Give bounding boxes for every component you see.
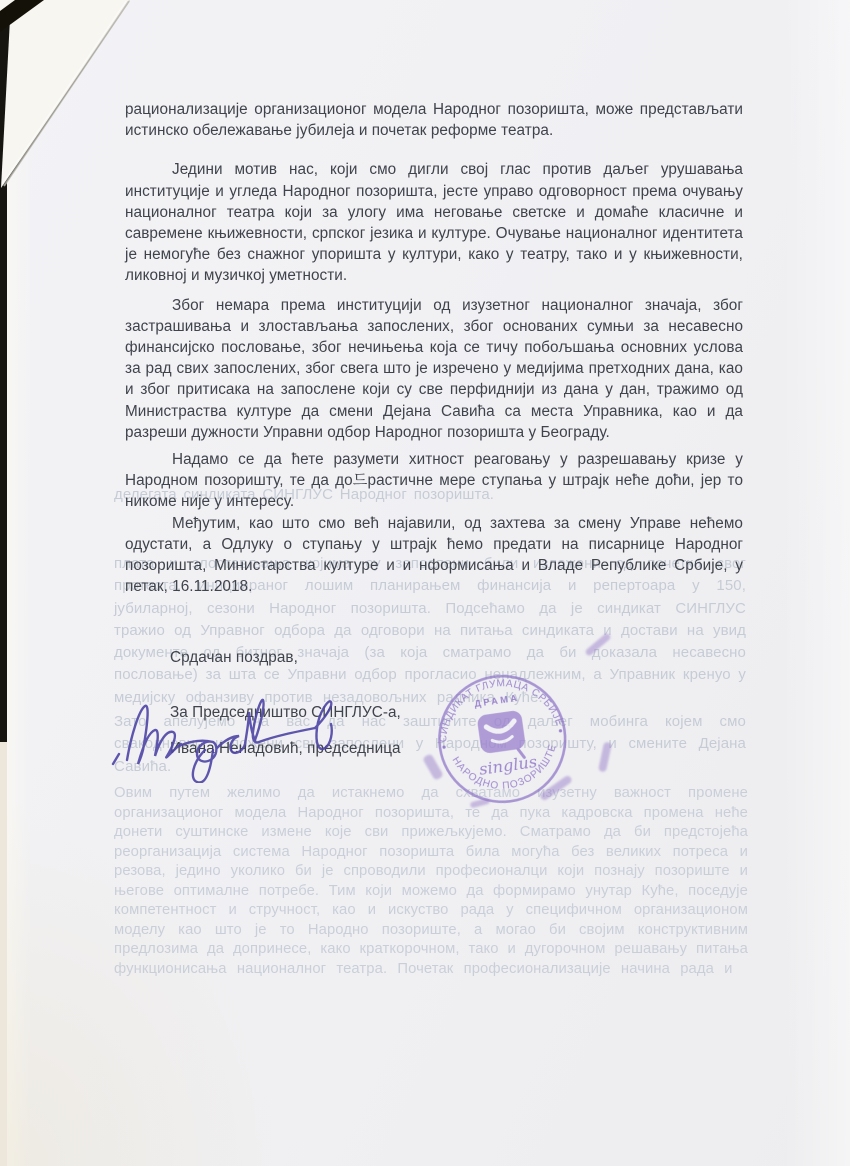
ghost-line: резова, једино уколико би је спроводили … (114, 862, 748, 882)
ghost-line: компетентност и стручност, као и искуств… (114, 901, 748, 921)
ghost-line: реорганизација система Народног позоришт… (114, 843, 748, 863)
paragraph: Једини мотив нас, који смо дигли свој гл… (125, 159, 743, 286)
letter-paragraphs: рационализације организационог модела На… (125, 99, 743, 597)
ghost-line: његове оптималне потребе. Тим који можем… (114, 882, 748, 902)
ghost-line: донети суштинске измене које сви прижељк… (114, 823, 748, 843)
ghost-text-block-3: Овим путем желимо да истакнемо да схвата… (114, 784, 748, 979)
stamp-left-dot (442, 745, 446, 749)
salutation: Срдачан поздрав, (125, 647, 743, 668)
letter-body: рационализације организационог модела На… (125, 99, 743, 759)
stamp-right-dot (559, 729, 563, 733)
handwritten-signature (105, 688, 375, 783)
paragraph: рационализације организационог модела На… (125, 99, 743, 141)
ghost-line: моделу као што је то Народно позориште, … (114, 921, 748, 941)
paragraph: Међутим, као што смо већ најавили, од за… (125, 513, 743, 598)
stamp-drama-text: ДРАМА (474, 693, 520, 709)
ghost-line: предлозима да допринесе, како краткорочн… (114, 940, 748, 960)
ghost-line: Овим путем желимо да истакнемо да схвата… (114, 784, 748, 804)
ghost-line: организационог модела Народног позоришта… (114, 804, 748, 824)
scanned-letter-screenshot: { "scan": { "paper_color": "#f0f0f3", "i… (0, 0, 850, 1166)
paragraph: Због немара према институцији од изузетн… (125, 295, 743, 443)
ghost-line: функционисања националног театра. Почета… (114, 960, 748, 980)
union-seal-stamp: СИНДИКАТ ГЛУМАЦА СРБИЈЕ ДРАМА singlus НА… (419, 653, 584, 822)
paragraph: Надамо се да ћете разумети хитност реаго… (125, 449, 743, 513)
